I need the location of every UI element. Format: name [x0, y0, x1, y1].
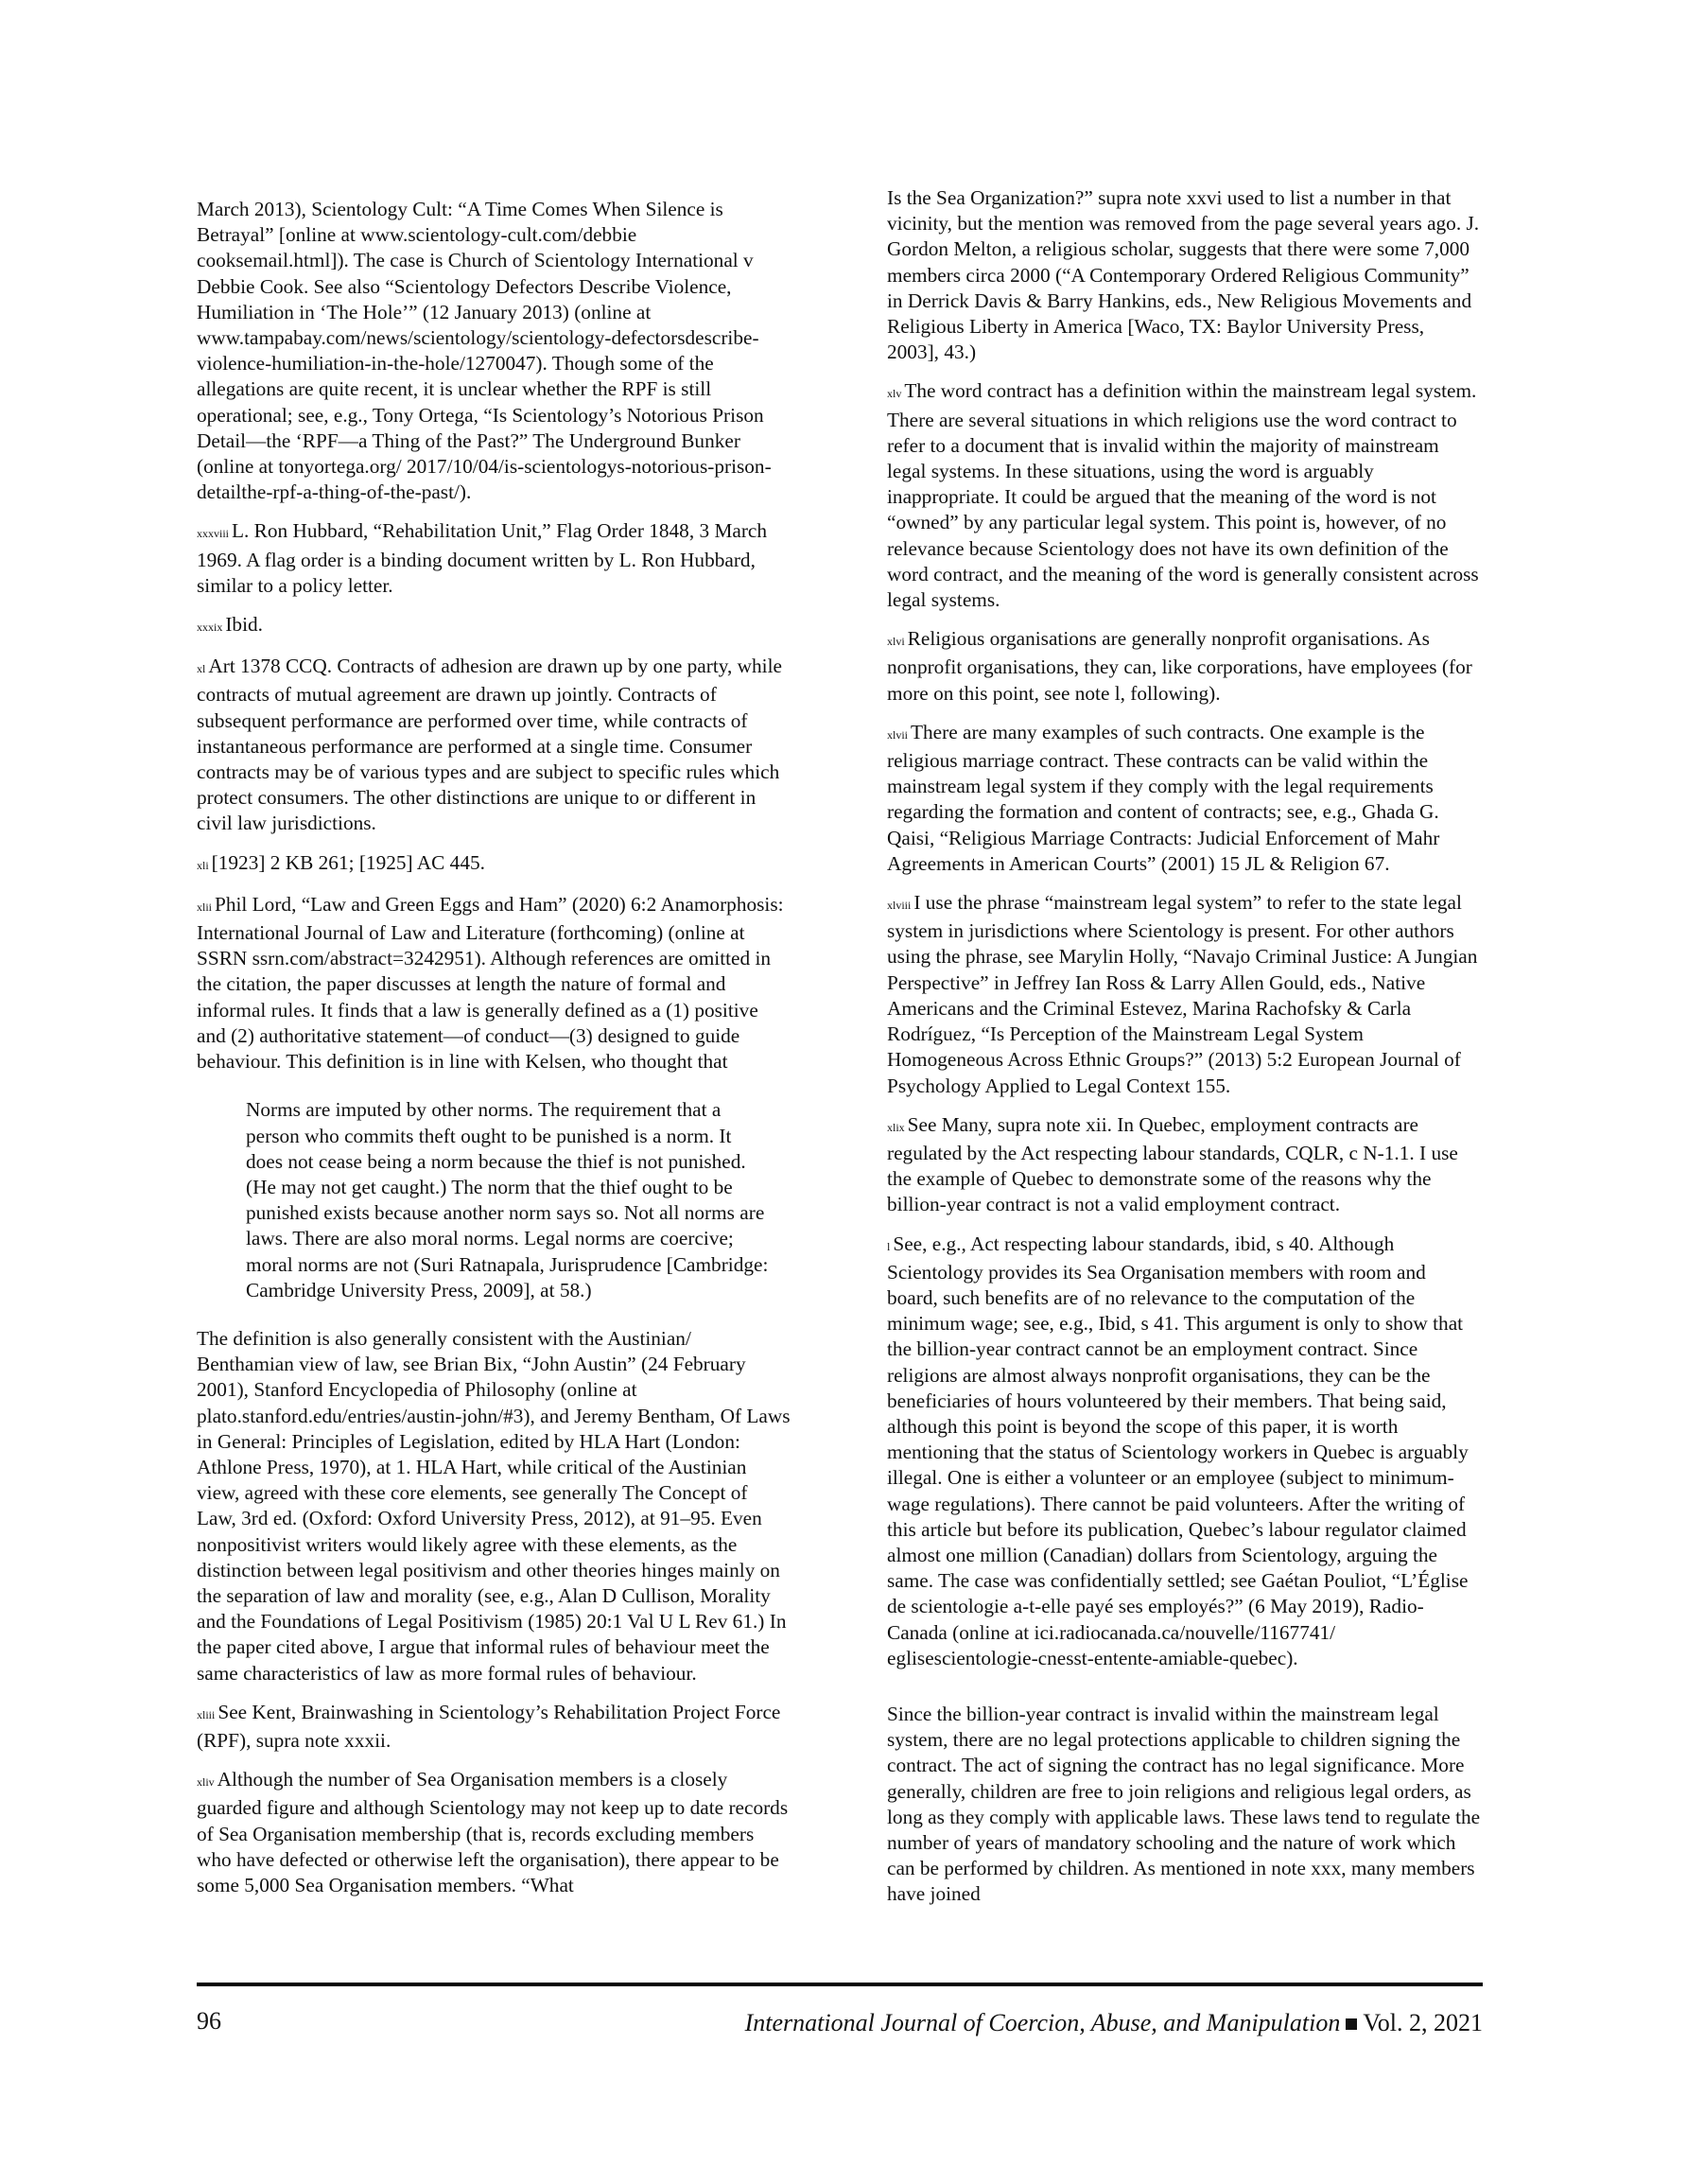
right-column: Is the Sea Organization?” supra note xxv… — [887, 185, 1481, 1921]
footer-rule — [197, 1983, 1483, 1986]
footnote-text: L. Ron Hubbard, “Rehabilitation Unit,” F… — [197, 519, 767, 596]
footnote-xlviii: xlviiiI use the phrase “mainstream legal… — [887, 890, 1481, 1099]
journal-volume: Vol. 2, 2021 — [1363, 2009, 1483, 2036]
footnote-number: l — [887, 1240, 890, 1253]
footnote-xlvi: xlviReligious organisations are generall… — [887, 626, 1481, 707]
footnote-text: I use the phrase “mainstream legal syste… — [887, 891, 1477, 1096]
footnote-text: The word contract has a definition withi… — [887, 379, 1479, 611]
footnote-xli: xli[1923] 2 KB 261; [1925] AC 445. — [197, 850, 791, 879]
footnote-xliii: xliiiSee Kent, Brainwashing in Scientolo… — [197, 1700, 791, 1754]
footnote-l-continuation: Since the billion-year contract is inval… — [887, 1702, 1481, 1908]
footnote-xliv: xlivAlthough the number of Sea Organisat… — [197, 1767, 791, 1898]
footnote-number: xlii — [197, 900, 212, 914]
footnote-text: See Many, supra note xii. In Quebec, emp… — [887, 1113, 1458, 1216]
footnote-text: See Kent, Brainwashing in Scientology’s … — [197, 1701, 780, 1752]
journal-footer: International Journal of Coercion, Abuse… — [745, 2009, 1483, 2037]
footnote-xxxviii: xxxviiiL. Ron Hubbard, “Rehabilitation U… — [197, 518, 791, 599]
footnote-text: Although the number of Sea Organisation … — [197, 1768, 788, 1896]
footnote-number: xlix — [887, 1121, 905, 1134]
footnote-number: xli — [197, 859, 209, 872]
footnote-text: Phil Lord, “Law and Green Eggs and Ham” … — [197, 893, 784, 1073]
footnote-number: xlvii — [887, 728, 908, 742]
footnote-xlii: xliiPhil Lord, “Law and Green Eggs and H… — [197, 892, 791, 1075]
spacer — [887, 1685, 1481, 1702]
block-quote: Norms are imputed by other norms. The re… — [246, 1097, 772, 1303]
footnote-number: xxxviii — [197, 527, 229, 540]
footnote-xlii-continuation: The definition is also generally consist… — [197, 1326, 791, 1686]
footnote-text: [1923] 2 KB 261; [1925] AC 445. — [212, 851, 485, 874]
footnote-number: xl — [197, 662, 205, 675]
footnote-text: There are many examples of such contract… — [887, 721, 1439, 875]
square-bullet-icon — [1346, 2018, 1357, 2030]
footnote-continuation: March 2013), Scientology Cult: “A Time C… — [197, 197, 791, 505]
footnote-xlvii: xlviiThere are many examples of such con… — [887, 720, 1481, 877]
footnote-text: Art 1378 CCQ. Contracts of adhesion are … — [197, 655, 782, 834]
footnote-number: xliii — [197, 1708, 215, 1721]
footnote-xxxix: xxxixIbid. — [197, 612, 791, 640]
footnote-number: xlviii — [887, 899, 911, 912]
footnote-text: See, e.g., Act respecting labour standar… — [887, 1232, 1469, 1669]
footnote-text: Religious organisations are generally no… — [887, 627, 1472, 704]
footnote-xliv-continuation: Is the Sea Organization?” supra note xxv… — [887, 185, 1481, 365]
footnote-number: xlvi — [887, 635, 905, 648]
footnote-xlix: xlixSee Many, supra note xii. In Quebec,… — [887, 1112, 1481, 1218]
page-number: 96 — [197, 2007, 221, 2035]
footnote-xl: xlArt 1378 CCQ. Contracts of adhesion ar… — [197, 654, 791, 836]
footnote-xlv: xlvThe word contract has a definition wi… — [887, 378, 1481, 613]
footnote-number: xlv — [887, 387, 901, 400]
journal-title: International Journal of Coercion, Abuse… — [745, 2009, 1341, 2036]
footnote-l: lSee, e.g., Act respecting labour standa… — [887, 1232, 1481, 1671]
footnote-text: Ibid. — [225, 613, 263, 636]
footnote-number: xliv — [197, 1775, 215, 1789]
footnote-number: xxxix — [197, 620, 222, 634]
left-column: March 2013), Scientology Cult: “A Time C… — [197, 197, 791, 1912]
